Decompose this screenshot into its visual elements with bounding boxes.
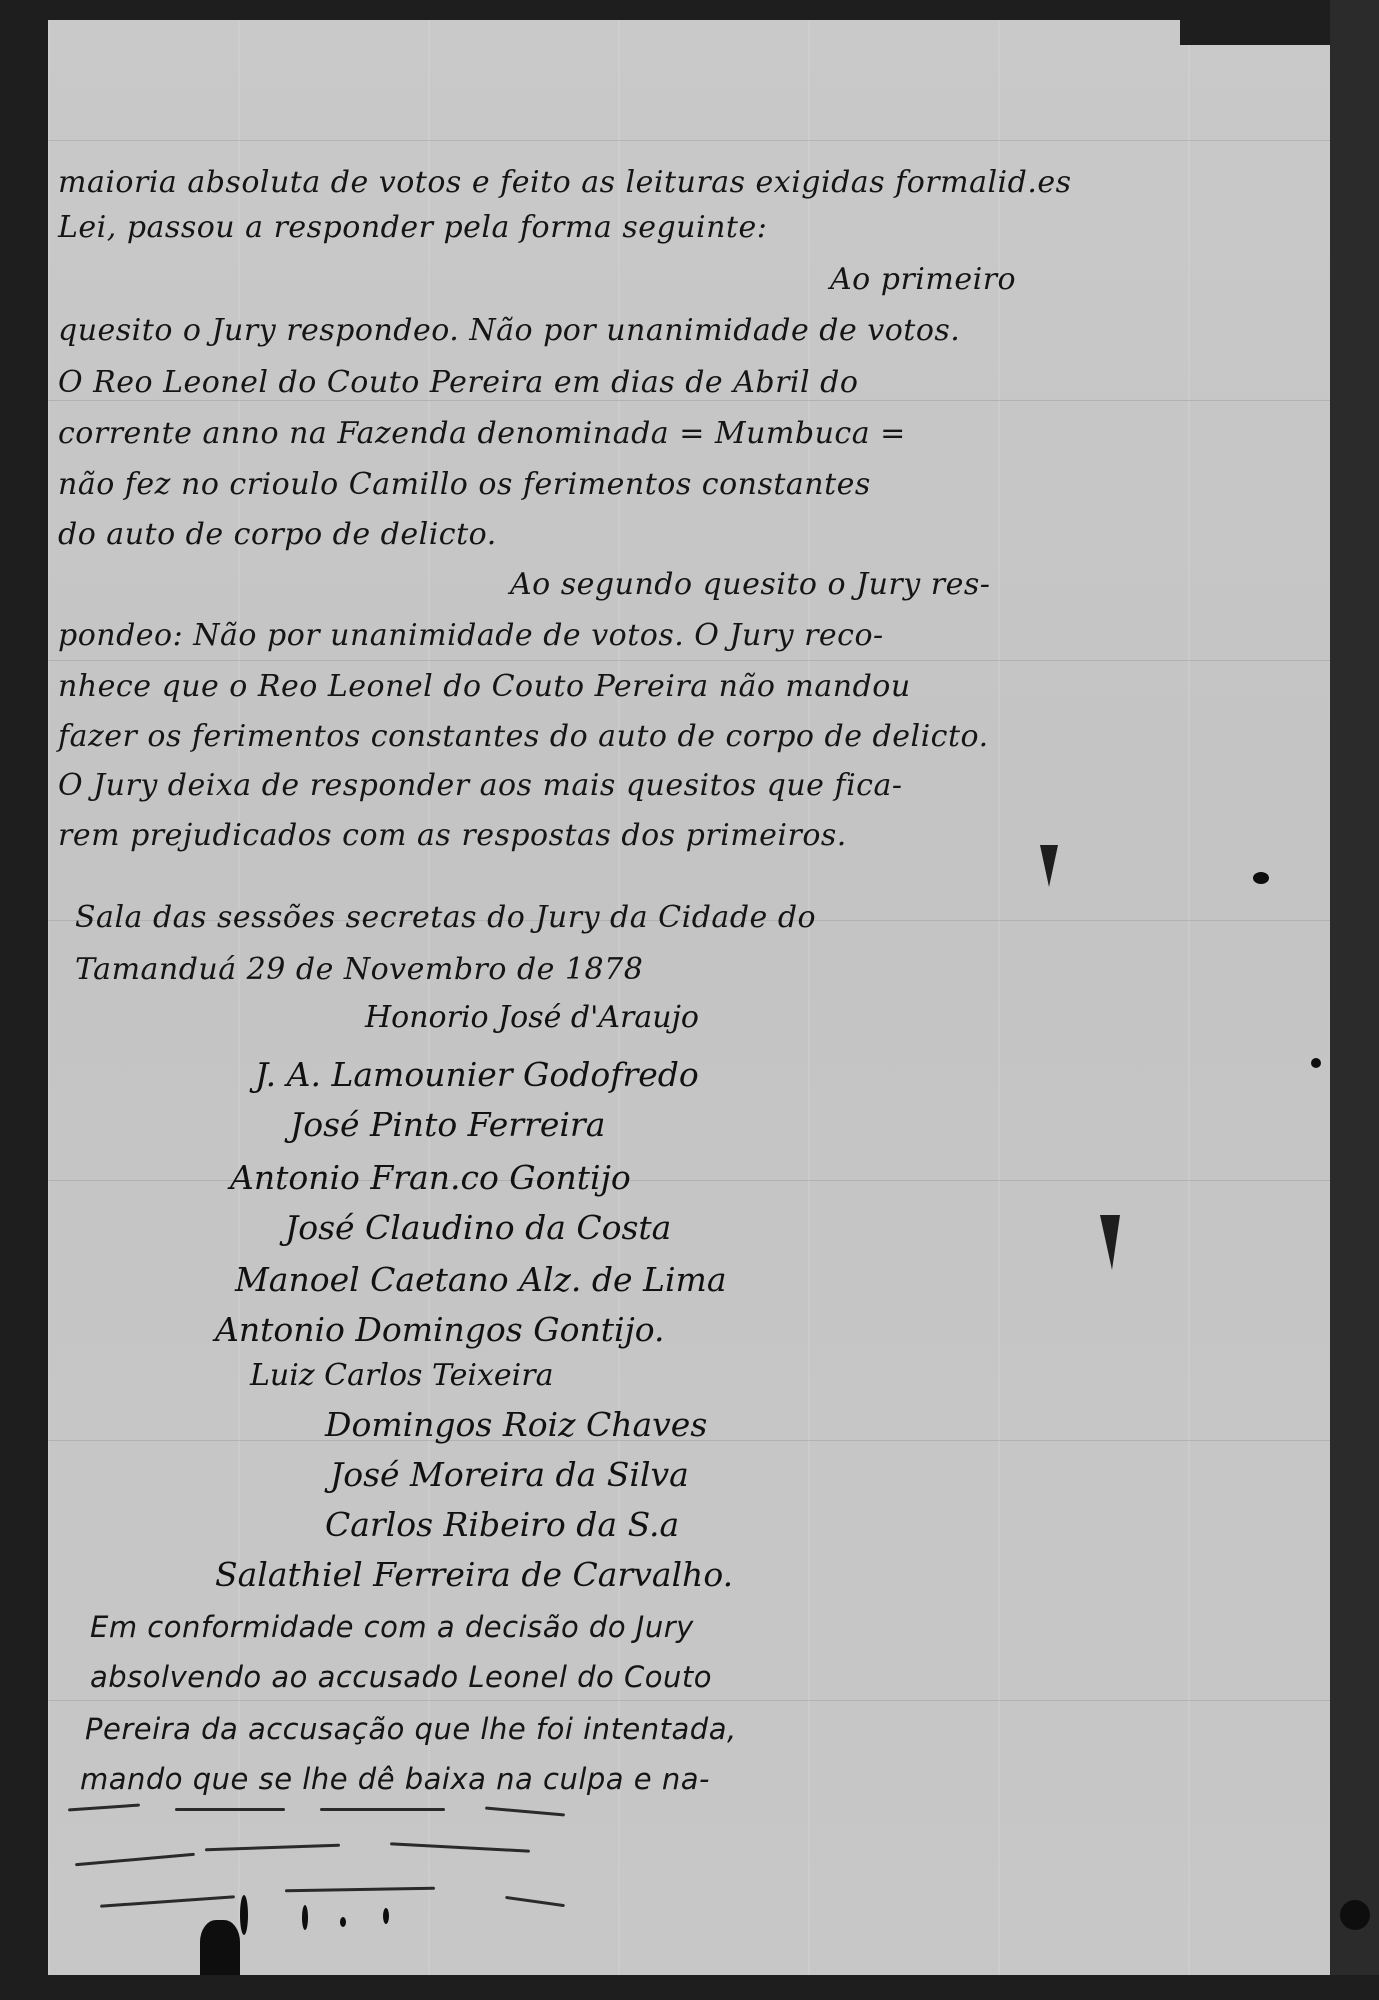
ink-blot bbox=[1311, 1058, 1321, 1068]
ink-blot bbox=[200, 1920, 240, 1975]
text-line: pondeo: Não por unanimidade de votos. O … bbox=[58, 618, 884, 653]
signature: Manoel Caetano Alz. de Lima bbox=[235, 1260, 727, 1299]
ink-blot bbox=[383, 1908, 389, 1924]
dash-stroke bbox=[320, 1808, 445, 1811]
text-line: mando que se lhe dê baixa na culpa e na- bbox=[80, 1762, 710, 1796]
ink-blot bbox=[302, 1905, 308, 1930]
ink-blot bbox=[1340, 1900, 1370, 1930]
text-line: quesito o Jury respondeo. Não por unanim… bbox=[58, 313, 960, 348]
ink-blot bbox=[240, 1895, 248, 1935]
signature: José Pinto Ferreira bbox=[290, 1105, 605, 1144]
text-line: Sala das sessões secretas do Jury da Cid… bbox=[75, 900, 816, 935]
signature: Domingos Roiz Chaves bbox=[325, 1405, 707, 1444]
signature: Antonio Fran.co Gontijo bbox=[230, 1158, 631, 1197]
signature: Honorio José d'Araujo bbox=[365, 1000, 699, 1035]
text-line: do auto de corpo de delicto. bbox=[58, 517, 497, 552]
text-line: Pereira da accusação que lhe foi intenta… bbox=[85, 1712, 737, 1746]
dash-stroke bbox=[175, 1808, 285, 1811]
signature: Antonio Domingos Gontijo. bbox=[215, 1310, 665, 1349]
ink-blot bbox=[340, 1917, 346, 1927]
signature: Salathiel Ferreira de Carvalho. bbox=[215, 1555, 733, 1594]
text-line: Lei, passou a responder pela forma segui… bbox=[58, 210, 767, 245]
text-line: fazer os ferimentos constantes do auto d… bbox=[58, 719, 989, 754]
signature: José Claudino da Costa bbox=[285, 1208, 671, 1247]
signature: José Moreira da Silva bbox=[330, 1455, 689, 1494]
text-line: corrente anno na Fazenda denominada = Mu… bbox=[58, 416, 906, 451]
date-line: Tamanduá 29 de Novembro de 1878 bbox=[75, 952, 643, 987]
text-line: Em conformidade com a decisão do Jury bbox=[90, 1610, 694, 1644]
text-line: absolvendo ao accusado Leonel do Couto bbox=[90, 1660, 712, 1694]
text-line: nhece que o Reo Leonel do Couto Pereira … bbox=[58, 669, 911, 704]
text-line: rem prejudicados com as respostas dos pr… bbox=[58, 818, 847, 853]
text-line: Ao segundo quesito o Jury res- bbox=[510, 567, 990, 602]
page-margin-strip bbox=[1330, 0, 1379, 2000]
signature: Carlos Ribeiro da S.a bbox=[325, 1505, 679, 1544]
text-line: não fez no crioulo Camillo os ferimentos… bbox=[58, 467, 871, 502]
signature: J. A. Lamounier Godofredo bbox=[255, 1055, 699, 1094]
ink-blot bbox=[1253, 872, 1269, 884]
text-line: O Jury deixa de responder aos mais quesi… bbox=[58, 768, 903, 803]
text-line: Ao primeiro bbox=[830, 262, 1016, 297]
text-line: maioria absoluta de votos e feito as lei… bbox=[58, 165, 1072, 200]
text-line: O Reo Leonel do Couto Pereira em dias de… bbox=[58, 365, 858, 400]
signature: Luiz Carlos Teixeira bbox=[250, 1358, 553, 1393]
scan-border bbox=[0, 1975, 1379, 2000]
